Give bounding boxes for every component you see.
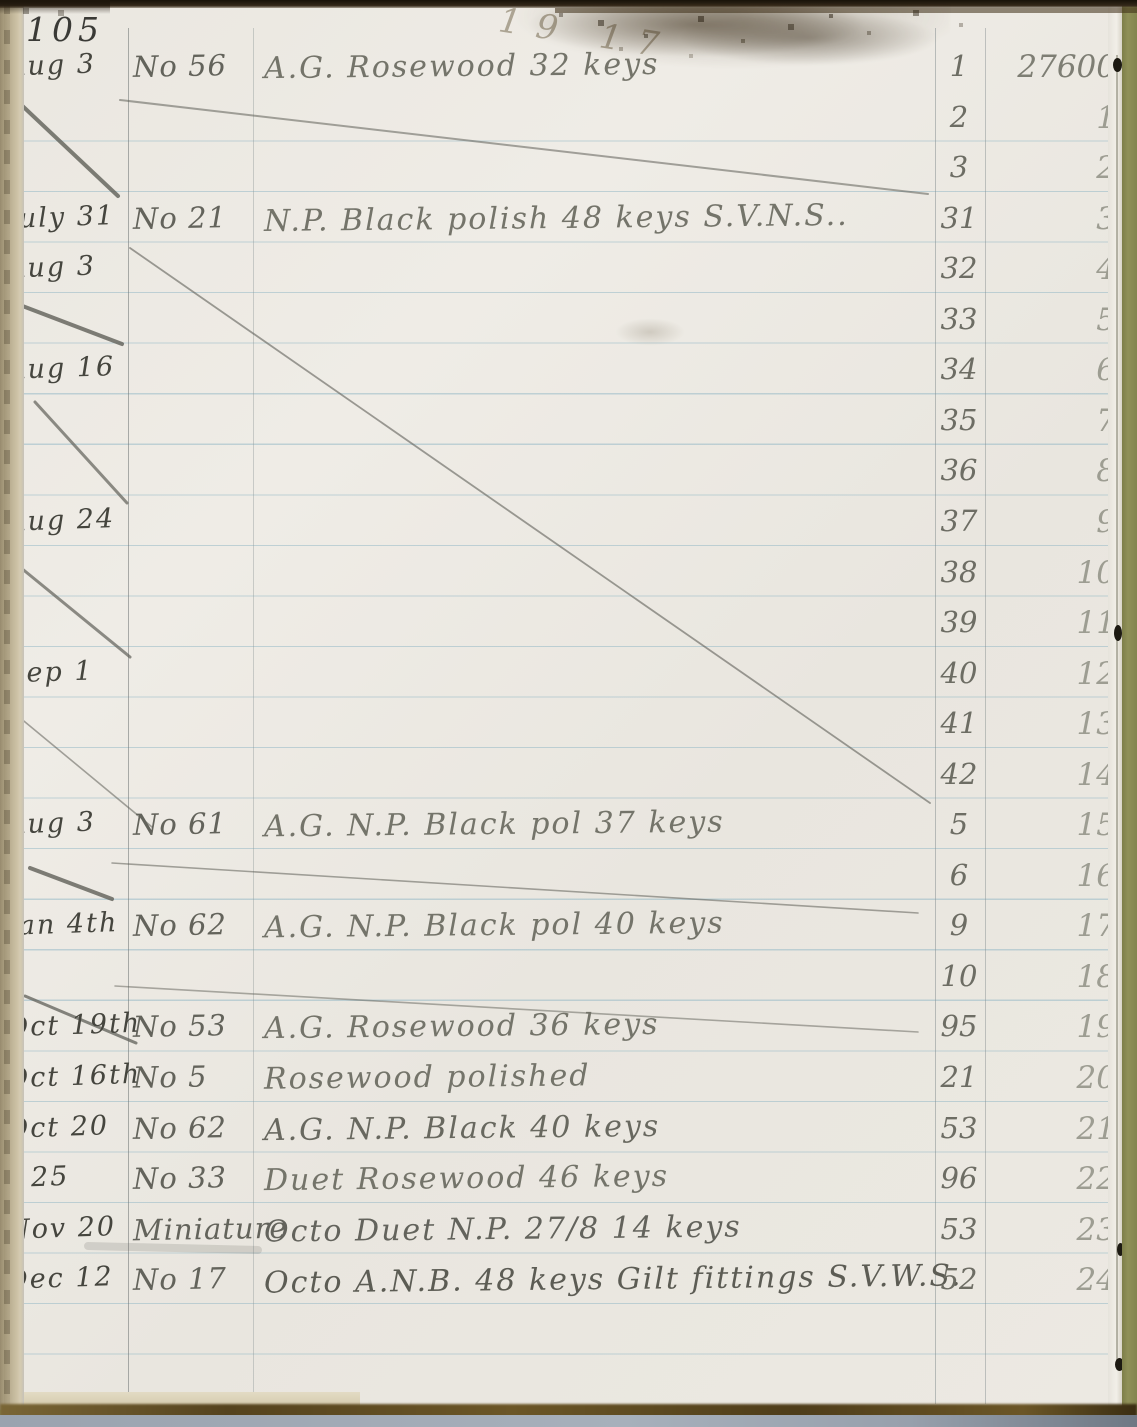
page-right-edge — [1108, 4, 1122, 1408]
ledger-description: A.G. N.P. Black pol 37 keys — [264, 808, 725, 843]
top-dark-edge-secondary — [555, 8, 1137, 13]
ledger-qty: 6 — [933, 861, 985, 890]
ledger-qty: 41 — [933, 709, 985, 738]
ledger-qty: 35 — [933, 406, 985, 435]
ledger-model: No 62 — [133, 1113, 227, 1144]
scan-background-strip — [1122, 0, 1137, 1427]
ledger-model: No 5 — [133, 1062, 208, 1092]
ledger-qty: 3 — [933, 153, 985, 182]
ledger-qty: 39 — [933, 608, 985, 637]
ledger-model: No 53 — [133, 1012, 227, 1043]
ledger-qty: 95 — [933, 1012, 985, 1041]
ledger-qty: 5 — [933, 810, 985, 839]
ledger-description: A.G. Rosewood 32 keys — [264, 50, 660, 84]
ledger-entries: Aug 3No 56A.G. Rosewood 32 keys127600213… — [0, 0, 1137, 1427]
ledger-qty: 53 — [933, 1114, 985, 1143]
ledger-date: Oct 16th — [6, 1061, 142, 1093]
ledger-model: No 21 — [133, 203, 227, 234]
ledger-description: A.G. Rosewood 36 keys — [264, 1010, 660, 1044]
ledger-description: N.P. Black polish 48 keys S.V.N.S.. — [264, 201, 849, 237]
ledger-qty: 34 — [933, 355, 985, 384]
ledger-description: Duet Rosewood 46 keys — [264, 1162, 669, 1196]
stitch-knot — [1114, 625, 1122, 641]
ledger-description: A.G. N.P. Black 40 keys — [264, 1111, 661, 1145]
ledger-qty: 21 — [933, 1063, 985, 1092]
ledger-description: Octo Duet N.P. 27/8 14 keys — [264, 1212, 742, 1247]
book-gutter-edge — [0, 0, 24, 1410]
ledger-qty: 10 — [933, 962, 985, 991]
ledger-qty: 2 — [933, 103, 985, 132]
ledger-qty: 33 — [933, 305, 985, 334]
ledger-description: Octo A.N.B. 48 keys Gilt fittings S.V.W.… — [264, 1262, 963, 1299]
scan-bottom-strip — [0, 1415, 1137, 1427]
ledger-qty: 96 — [933, 1164, 985, 1193]
ledger-description: Rosewood polished — [264, 1061, 591, 1094]
ledger-qty: 53 — [933, 1215, 985, 1244]
ledger-qty: 42 — [933, 760, 985, 789]
ledger-model: No 17 — [133, 1264, 227, 1295]
top-dark-edge — [0, 0, 1137, 8]
ledger-qty: 1 — [933, 52, 985, 81]
top-left-stain — [0, 0, 110, 14]
ledger-qty: 38 — [933, 558, 985, 587]
ledger-model: No 33 — [133, 1163, 227, 1194]
gutter-shadow-streaks — [4, 0, 10, 1410]
ledger-description: A.G. N.P. Black pol 40 keys — [264, 909, 725, 944]
ledger-model: No 62 — [133, 911, 227, 942]
ledger-qty: 40 — [933, 659, 985, 688]
ledger-model: No 56 — [133, 51, 227, 82]
ledger-qty: 32 — [933, 254, 985, 283]
ledger-qty: 31 — [933, 204, 985, 233]
ledger-qty: 36 — [933, 456, 985, 485]
ledger-model: No 61 — [133, 809, 227, 840]
ledger-qty: 37 — [933, 507, 985, 536]
ledger-qty: 52 — [933, 1265, 985, 1294]
page-number: 105 — [26, 10, 104, 49]
binding-thread — [1116, 55, 1118, 1365]
ledger-qty: 9 — [933, 911, 985, 940]
ledger-date: Oct 19th — [6, 1010, 142, 1042]
stitch-knot — [1113, 58, 1122, 72]
